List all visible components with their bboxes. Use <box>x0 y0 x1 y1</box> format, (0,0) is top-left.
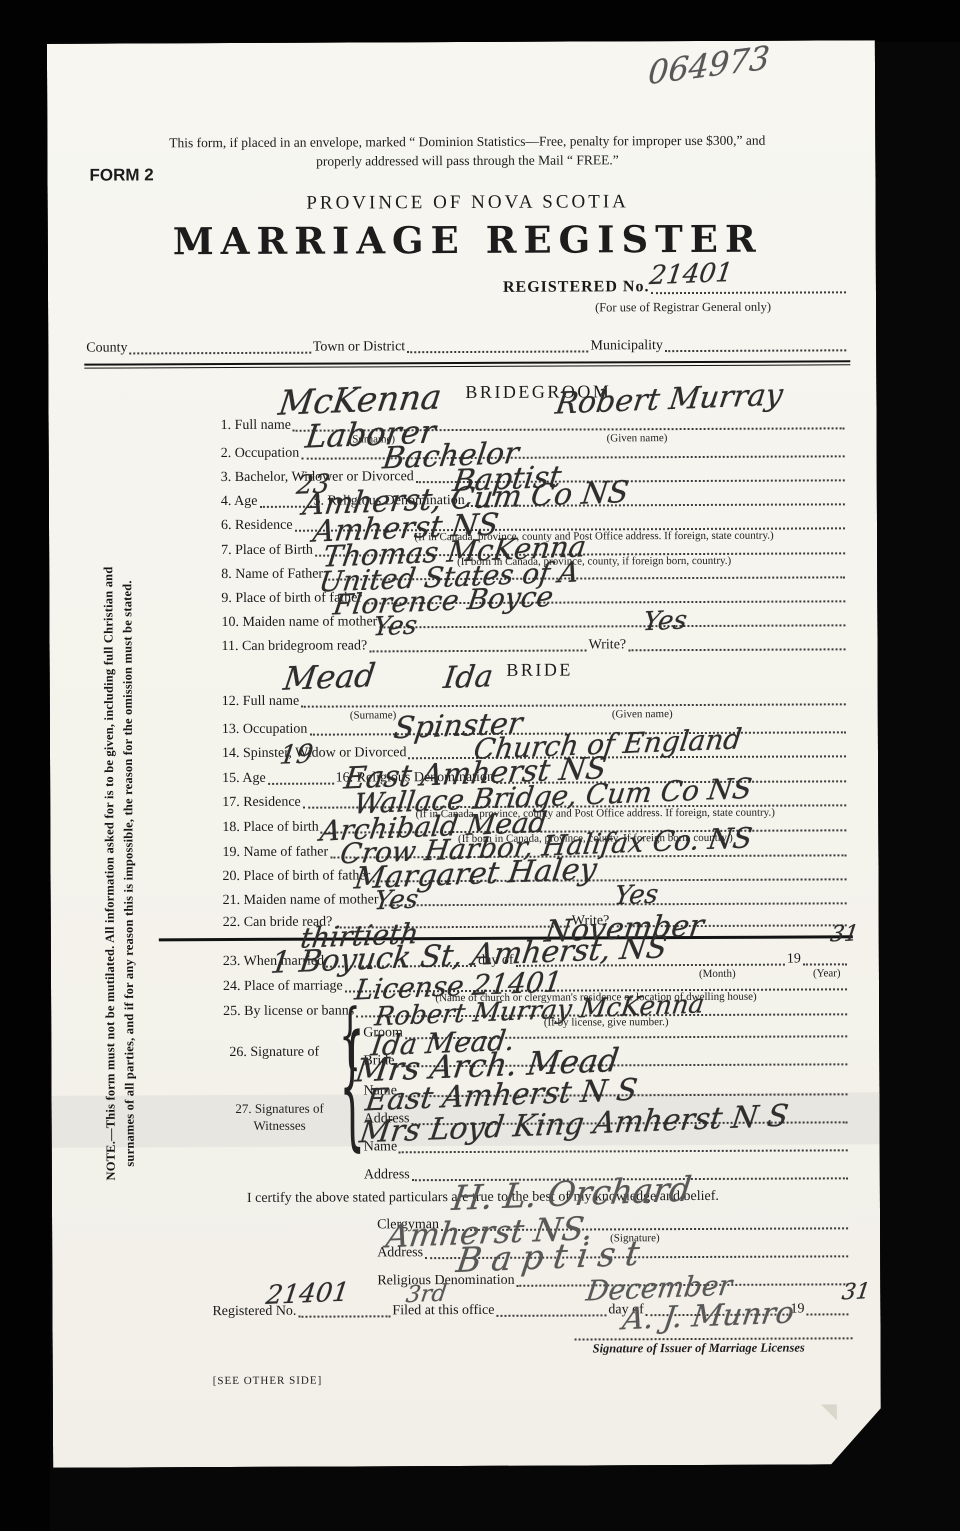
see-other-side-label: [SEE OTHER SIDE] <box>213 1375 323 1387</box>
br-father-birthplace-label: 20. Place of birth of father <box>223 869 371 886</box>
hw-filed-year: 31 <box>840 1281 871 1304</box>
hw-registered-no-bottom: 21401 <box>264 1279 350 1308</box>
bg-birthplace-label: 7. Place of Birth <box>221 544 313 560</box>
hw-bg-mother: Florence Boyce <box>331 583 555 620</box>
hw-filed-day: 3rd <box>404 1283 447 1308</box>
film-border-top <box>0 0 960 42</box>
issuer-signature-line <box>575 1333 853 1340</box>
filed-year-line <box>806 1309 848 1315</box>
page-title: MARRIAGE REGISTER <box>128 216 808 263</box>
mail-note-line1: This form, if placed in an envelope, mar… <box>127 132 807 151</box>
town-label: Town or District <box>313 340 405 356</box>
bg-residence-label: 6. Residence <box>221 519 293 535</box>
bg-age-label: 4. Age <box>221 495 258 511</box>
bg-literacy-row: 11. Can bridegroom read? Write? <box>221 633 847 656</box>
bg-occupation-label: 2. Occupation <box>221 447 300 463</box>
folded-corner <box>821 1404 837 1420</box>
place-of-marriage-label: 24. Place of marriage <box>223 980 343 997</box>
br-fullname-line <box>301 699 846 707</box>
registered-no-label: REGISTERED No. <box>503 279 650 298</box>
witness2-name-line <box>399 1145 848 1153</box>
hw-br-age: 19 <box>278 741 315 768</box>
br-birthplace-label: 18. Place of birth <box>222 821 318 837</box>
br-occupation-label: 13. Occupation <box>222 723 308 739</box>
hw-denomination: Baptist <box>454 1236 651 1278</box>
hw-br-can-read: Yes <box>373 887 420 915</box>
film-border-left <box>0 0 50 1531</box>
hw-br-given: Ida <box>442 662 495 694</box>
registrar-note: (For use of Registrar General only) <box>518 300 848 314</box>
county-label: County <box>86 341 127 357</box>
mail-note-line2: properly addressed will pass through the… <box>127 151 807 170</box>
county-line <box>129 348 310 355</box>
br-father-label: 19. Name of father <box>222 846 328 862</box>
county-row: County Town or District Municipality <box>86 334 848 357</box>
bg-read-label: 11. Can bridegroom read? <box>222 639 368 656</box>
hw-bg-given: Robert Murray <box>554 381 785 420</box>
license-label: 25. By license or banns <box>223 1004 354 1021</box>
hw-bg-can-read: Yes <box>372 613 419 641</box>
registered-no-value: 21401 <box>648 260 734 289</box>
town-line <box>407 346 588 353</box>
issuer-signature-sublabel: Signature of Issuer of Marriage Licenses <box>593 1341 805 1357</box>
municipality-line <box>665 345 846 352</box>
year-prefix: 19 <box>787 953 801 969</box>
bg-write-label: Write? <box>589 638 627 654</box>
hw-issuer-signature: A. J. Munro <box>621 1298 796 1335</box>
bg-write-line <box>628 644 845 651</box>
municipality-label: Municipality <box>590 339 662 355</box>
bg-read-line <box>369 645 586 652</box>
hw-bg-can-write: Yes <box>641 607 688 635</box>
signature-of-label: 26. Signature of <box>229 1046 319 1062</box>
married-year-line <box>803 959 847 965</box>
scanned-marriage-register-page: { "colors":{"background":"#070707","pape… <box>0 0 960 1531</box>
br-mother-row: 21. Maiden name of mother <box>223 887 849 910</box>
registered-bottom-line <box>298 1311 390 1317</box>
scan-artifact-band <box>51 1092 879 1148</box>
bg-father-label: 8. Name of Father <box>221 568 323 584</box>
witness2-address-label: Address <box>364 1168 410 1184</box>
province-title: PROVINCE OF NOVA SCOTIA <box>128 190 808 215</box>
hw-married-year: 31 <box>829 923 860 946</box>
hw-br-surname: Mead <box>282 659 378 695</box>
form-number-label: FORM 2 <box>89 165 153 185</box>
marriage-register-form: 064973 This form, if placed in an envelo… <box>47 40 881 1468</box>
filed-day-line <box>496 1310 606 1316</box>
bg-mother-line <box>379 620 845 628</box>
br-age-line <box>268 779 334 785</box>
hw-br-can-write: Yes <box>613 881 660 909</box>
br-age-label: 15. Age <box>222 772 266 788</box>
film-number-handwritten: 064973 <box>647 41 771 89</box>
br-residence-label: 17. Residence <box>222 796 301 812</box>
